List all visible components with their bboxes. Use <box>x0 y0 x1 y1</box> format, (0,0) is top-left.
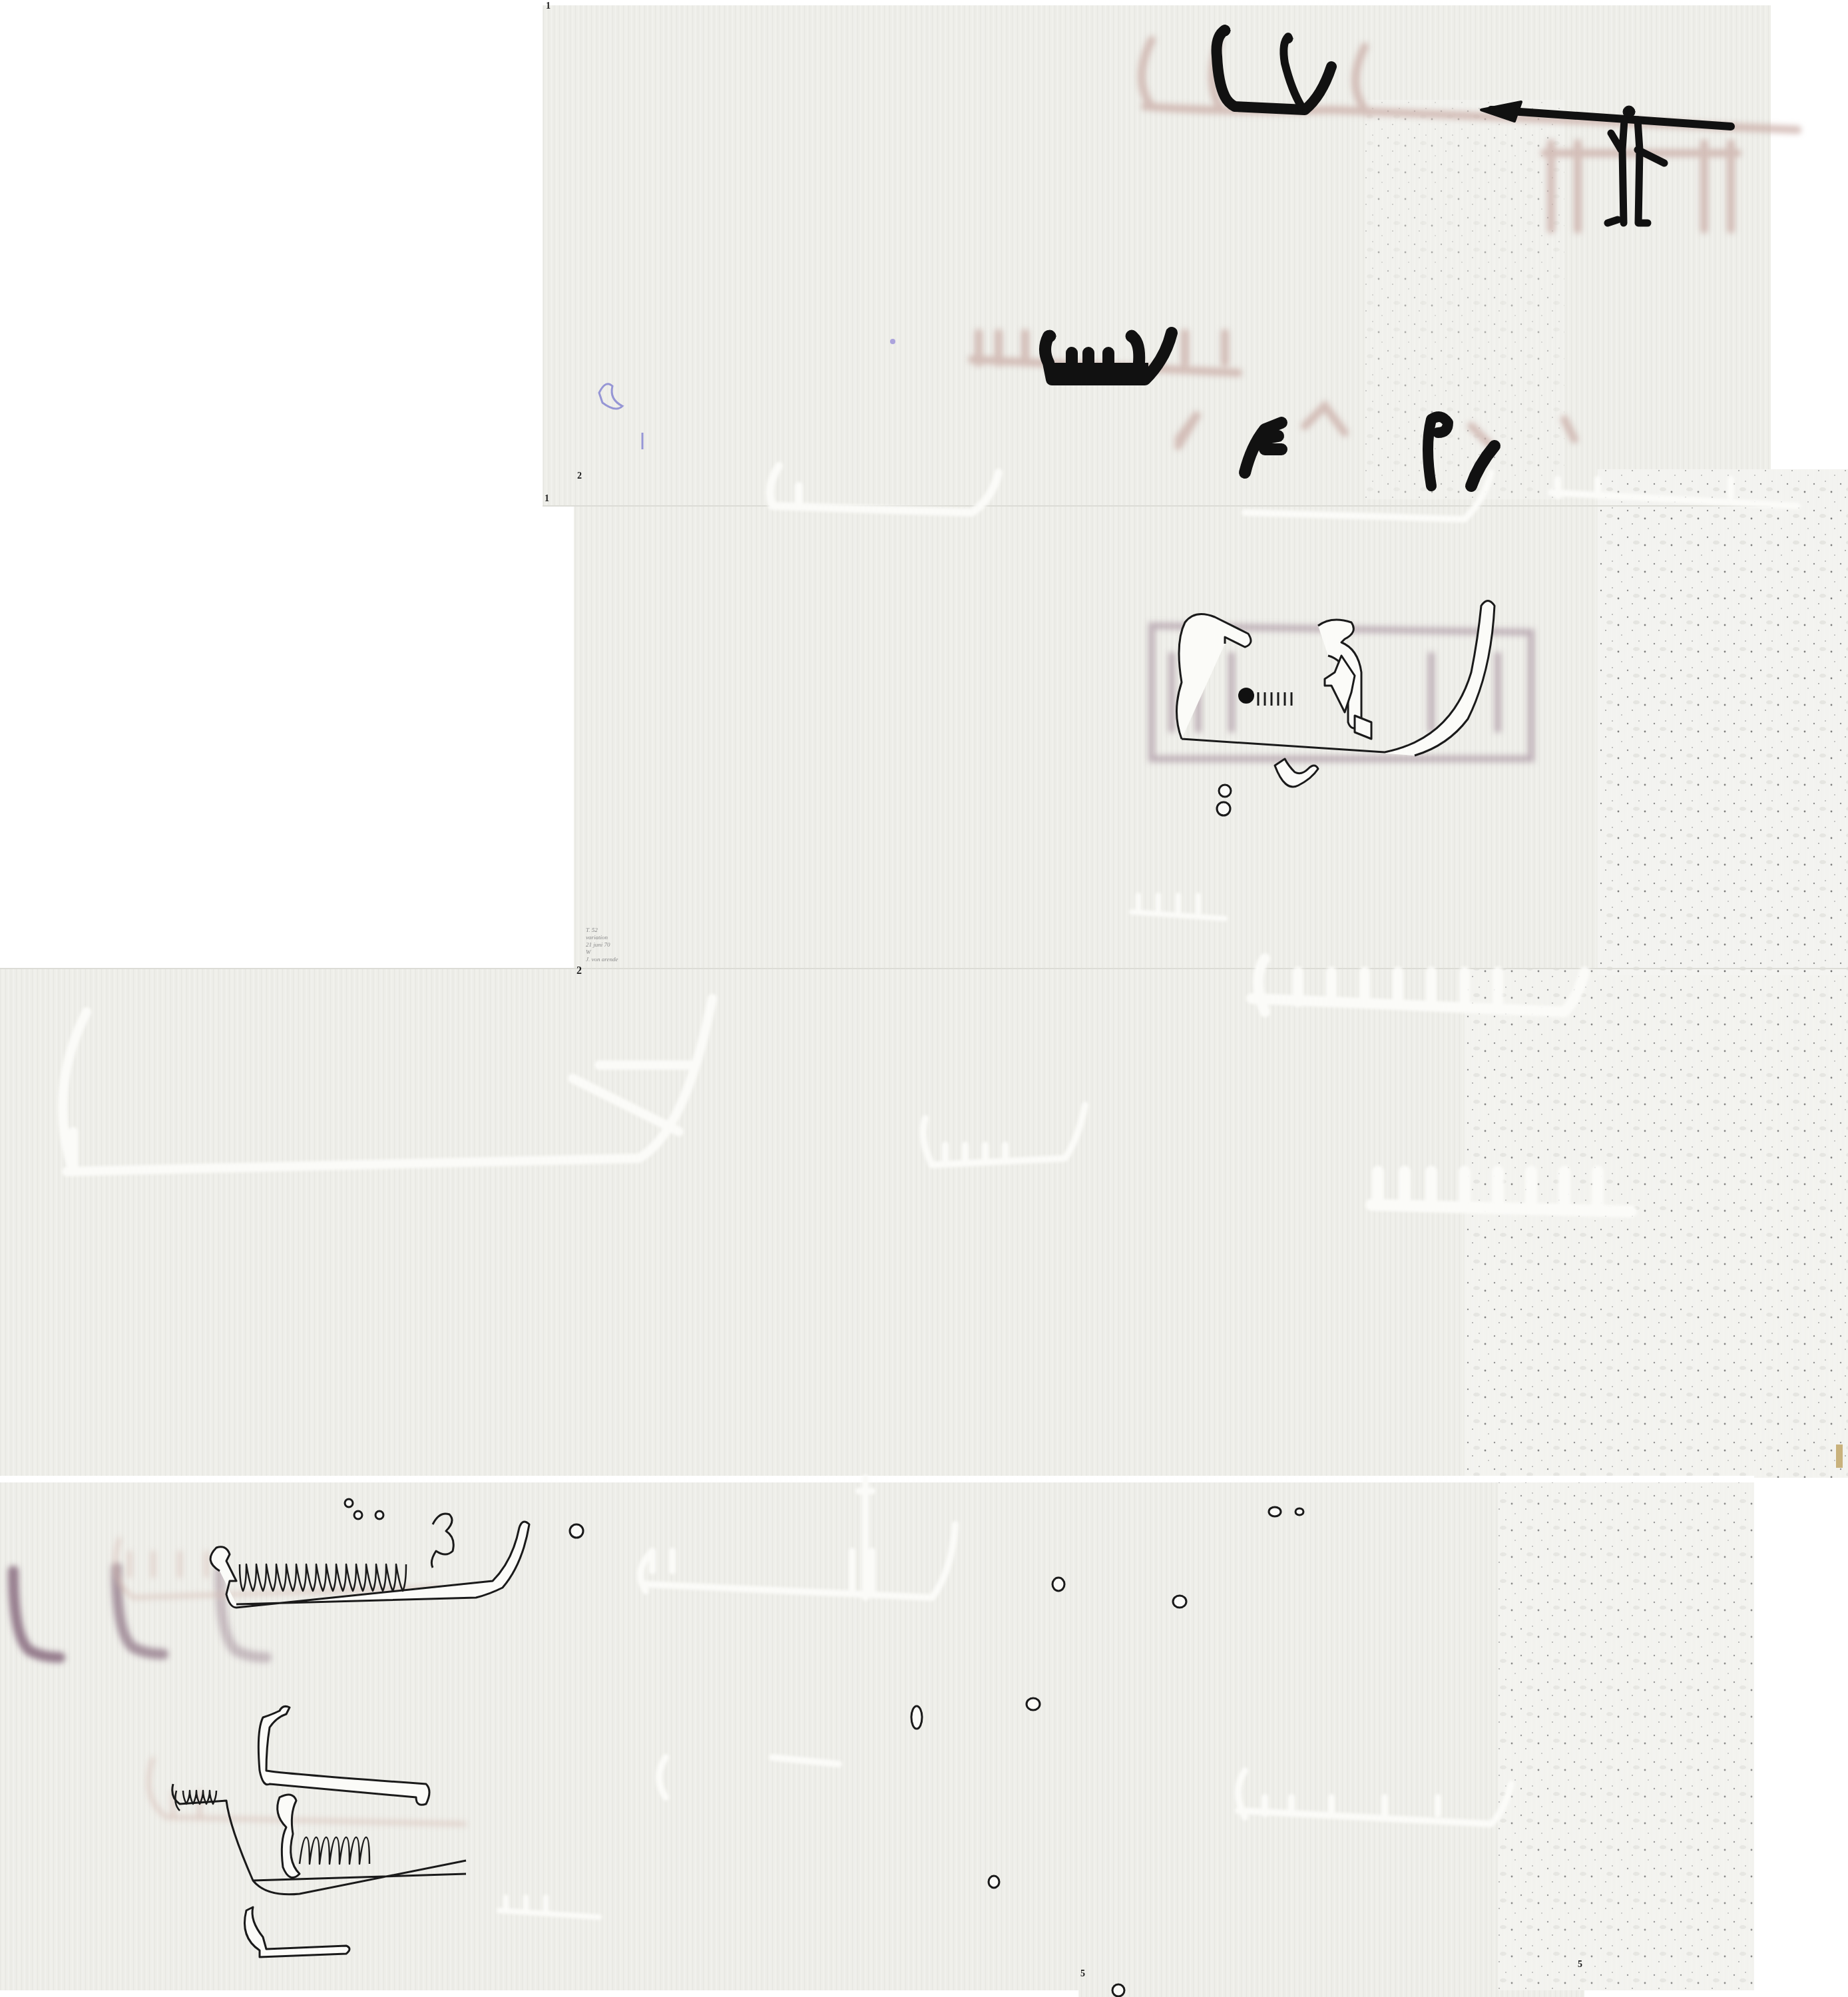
rock-texture-sheet1 <box>1365 100 1564 499</box>
sheet-label-2b: 2 <box>577 965 582 977</box>
sheet-label-5b: 5 <box>1578 1960 1582 1970</box>
sheet-label-5a: 5 <box>1080 1969 1085 1980</box>
tape-strip <box>1836 1444 1843 1468</box>
tracing-mosaic <box>0 0 1848 1997</box>
rock-texture-sheet2 <box>1598 469 1848 975</box>
sheet-label-1b: 1 <box>545 494 549 505</box>
rock-texture-sheet4 <box>1498 1481 1754 1990</box>
sheet-label-2a: 2 <box>577 471 582 482</box>
ship-chalk-7 <box>1371 1172 1631 1212</box>
sheet-label-1a: 1 <box>546 1 551 12</box>
sheet-1 <box>543 5 1771 506</box>
rock-texture-sheet3 <box>1465 969 1848 1478</box>
sheet-annotation: T. 52 variation 21 juni 70 W J. von aren… <box>586 927 618 963</box>
